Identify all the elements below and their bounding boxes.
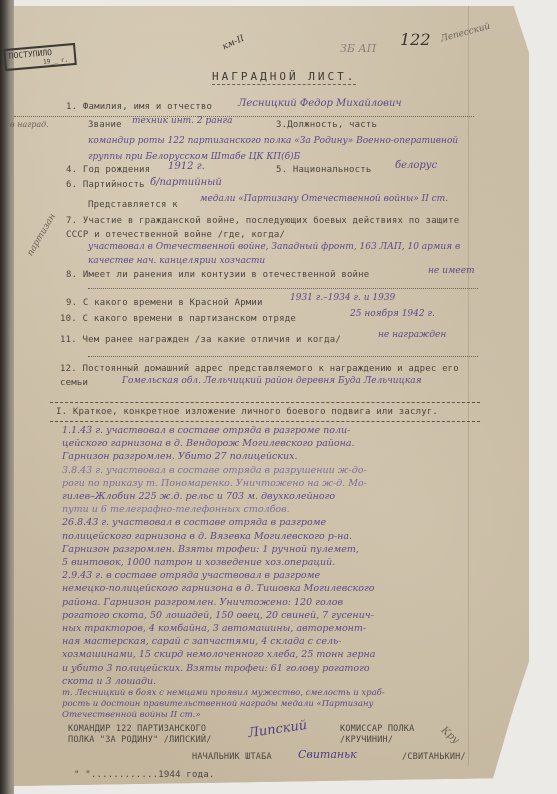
field-9-label: 9. С какого времени в Красной Армии [66, 298, 263, 308]
chief-of-staff-title: НАЧАЛЬНИК ШТАБА [192, 752, 272, 762]
narrative-line: 1.1.43 г. участвовал в составе отряда в … [62, 424, 492, 437]
narrative-line: пути и 6 телеграфно-телефонных столбов. [62, 503, 492, 516]
field-2-label: Звание [88, 120, 122, 130]
narrative-line: 5 винтовок, 1000 патрон и хозведение хоз… [62, 556, 492, 569]
narrative-line: 2.9.43 г. в составе отряда участвовал в … [62, 569, 492, 582]
commissar-title: КОМИССАР ПОЛКА /КРУЧИНИН/ [340, 724, 414, 746]
section-divider [50, 421, 480, 422]
narrative-line: рогатого скота, 50 лошадей, 150 овец, 20… [62, 609, 492, 622]
narrative-line: Гарнизон разгромлен. Взяты трофеи: 1 руч… [62, 543, 492, 556]
narrative-line: и убито 3 полицейских. Взяты трофеи: 61 … [62, 662, 492, 675]
date-line: " "............1944 года. [74, 770, 214, 780]
field-11-label: 11. Чем ранее награжден /за какие отличи… [60, 335, 341, 345]
narrative-line: 3.8.43 г. участвовал в составе отряда в … [62, 464, 492, 477]
narrative-line: района. Гарнизон разгромлен. Уничтожено:… [62, 596, 492, 609]
dotted-rule [88, 288, 478, 289]
field-6-value: б/партийный [150, 177, 222, 188]
dotted-rule [14, 116, 474, 117]
chief-of-staff-signature: Свитаньк [298, 748, 357, 761]
field-7-value: участвовал в Отечественной войне, Западн… [88, 240, 483, 268]
narrative-line: 26.8.43 г. участвовал в составе отряда в… [62, 516, 492, 529]
commander-title: КОМАНДИР 122 ПАРТИЗАНСКОГО ПОЛКА "ЗА РОД… [68, 724, 212, 746]
narrative-line: роги по приказу т. Пономаренко. Уничтоже… [62, 477, 492, 490]
field-6-label: 6. Партийность [66, 180, 145, 190]
field-7-label: 7. Участие в гражданской войне, последую… [66, 214, 476, 242]
nominated-for-value: медали «Партизану Отечественной войны» I… [200, 194, 448, 204]
field-5-value: белорус [395, 160, 437, 171]
field-5-label: 5. Национальность [276, 165, 372, 175]
field-11-value: не награжден [378, 330, 446, 340]
section-divider [50, 402, 480, 403]
narrative-line: цейского гарнизона в д. Вендорож Могилев… [62, 437, 492, 450]
stamp-date: 19__ г. [43, 57, 69, 66]
narrative-line: полицейского гарнизона в д. Вязевка Моги… [62, 530, 492, 543]
field-8-label: 8. Имеет ли ранения или контузии в отече… [66, 270, 369, 280]
field-2-value: техник инт. 2 ранга [132, 116, 232, 126]
narrative-line: немецко-полицейского гарнизона в д. Тишо… [62, 582, 492, 595]
document-title: НАГРАДНОЙ ЛИСТ. [212, 70, 356, 85]
field-12-value: Гомельская обл. Лельчицкий район деревня… [122, 374, 472, 388]
field-10-label: 10. С какого времени в партизанском отря… [60, 314, 296, 324]
narrative-line: ная мастерская, сарай с запчастями, 4 ск… [62, 635, 492, 648]
dotted-rule [88, 356, 478, 357]
field-4-value: 1912 г. [168, 161, 205, 172]
narrative-line: ных тракторов, 4 комбайна, 3 автомашины,… [62, 622, 492, 635]
section-heading: I. Краткое, конкретное изложение личного… [56, 407, 438, 417]
narrative-line: гилев–Жлобин 225 ж.д. рельс и 703 м. дву… [62, 490, 492, 503]
field-10-value: 25 ноября 1942 г. [350, 309, 435, 319]
narrative-line: рость и достоин правительственной наград… [62, 699, 492, 710]
chief-of-staff-name: /СВИТАНЬКИН/ [402, 752, 466, 762]
field-4-label: 4. Год рождения [66, 165, 150, 175]
field-1-label: 1. Фамилия, имя и отчество [66, 102, 212, 112]
field-8-value: не имеет [428, 266, 475, 276]
narrative-line: т. Лесницкий в боях с немцами проявил му… [62, 688, 492, 699]
narrative-line: Гарнизон разгромлен. Убито 27 полицейски… [62, 450, 492, 463]
field-3-label: 3.Должность, часть [276, 120, 377, 130]
narrative-block: 1.1.43 г. участвовал в составе отряда в … [62, 424, 492, 721]
narrative-line: скота и 3 лошади. [62, 675, 492, 688]
narrative-line: Отечественной войны II ст.» [62, 710, 492, 721]
field-9-value: 1931 г.–1934 г. и 1939 [290, 293, 395, 303]
narrative-line: хозмашинами, 15 скирд немолоченного хлеб… [62, 648, 492, 661]
nominated-for-label: Представляется к [88, 200, 178, 210]
margin-note-left-row2: в наград. [10, 120, 49, 129]
margin-note-faint: ЗБ АП [340, 42, 376, 55]
folio-number: 122 [400, 30, 431, 49]
field-1-value: Лесницкий Федор Михайлович [238, 98, 402, 109]
